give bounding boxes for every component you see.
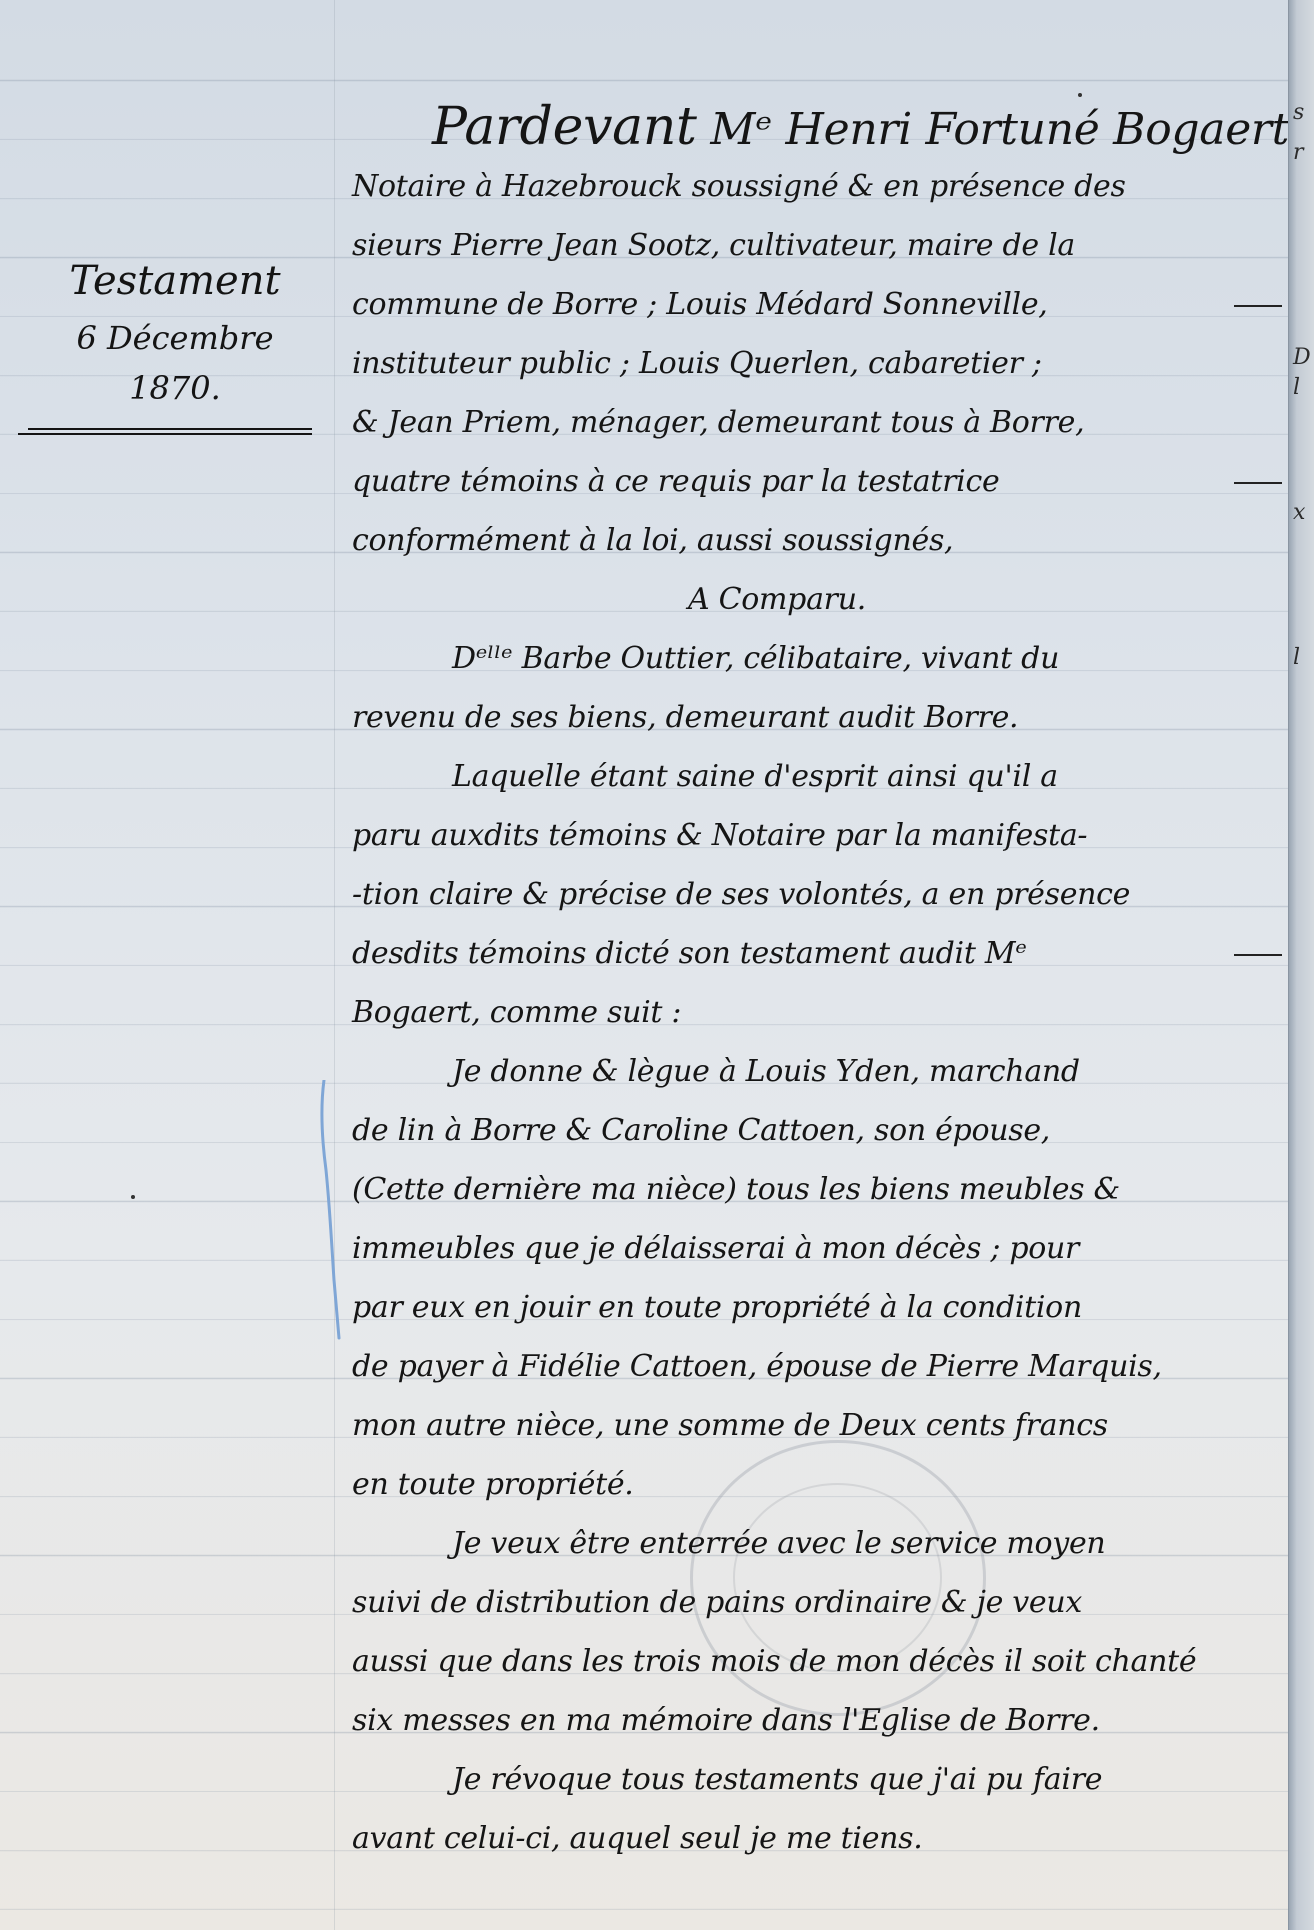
text-line: avant celui-ci, auquel seul je me tiens.	[352, 1809, 1282, 1868]
page-fragment: D	[1293, 345, 1311, 370]
testament-body: Pardevant Mᵉ Henri Fortuné Bogaert, Nota…	[352, 98, 1282, 1868]
heading-word: Pardevant	[432, 97, 697, 157]
text-line: mon autre nièce, une somme de Deux cents…	[352, 1396, 1282, 1455]
text-line: conformément à la loi, aussi soussignés,	[352, 511, 1282, 570]
text-line: sieurs Pierre Jean Sootz, cultivateur, m…	[352, 216, 1282, 275]
margin-note: Testament 6 Décembre 1870.	[30, 255, 320, 413]
text-line: de payer à Fidélie Cattoen, épouse de Pi…	[352, 1337, 1282, 1396]
text-line: Dᵉˡˡᵉ Barbe Outtier, célibataire, vivant…	[352, 629, 1282, 688]
margin-title: Testament	[30, 255, 320, 307]
manuscript-page: Testament 6 Décembre 1870. Pardevant Mᵉ …	[0, 0, 1288, 1930]
text-line: en toute propriété.	[352, 1455, 1282, 1514]
page-fragment: r	[1293, 140, 1304, 165]
heading-line: Pardevant Mᵉ Henri Fortuné Bogaert,	[352, 98, 1282, 157]
text-line: (Cette dernière ma nièce) tous les biens…	[352, 1160, 1282, 1219]
page-fragment: s	[1293, 100, 1304, 125]
text-line: instituteur public ; Louis Querlen, caba…	[352, 334, 1282, 393]
notary-name: Mᵉ Henri Fortuné Bogaert,	[710, 104, 1302, 155]
text-line: Je donne & lègue à Louis Yden, marchand	[352, 1042, 1282, 1101]
blue-pencil-bracket-icon	[318, 1080, 348, 1340]
text-line: desdits témoins dicté son testament audi…	[352, 924, 1282, 983]
text-line: suivi de distribution de pains ordinaire…	[352, 1573, 1282, 1632]
text-line: par eux en jouir en toute propriété à la…	[352, 1278, 1282, 1337]
text-line: commune de Borre ; Louis Médard Sonnevil…	[352, 275, 1282, 334]
text-line: paru auxdits témoins & Notaire par la ma…	[352, 806, 1282, 865]
text-line: de lin à Borre & Caroline Cattoen, son é…	[352, 1101, 1282, 1160]
page-fragment: x	[1293, 500, 1305, 525]
ink-speck	[131, 1195, 135, 1199]
text-line: Notaire à Hazebrouck soussigné & en prés…	[352, 157, 1282, 216]
section-title: A Comparu.	[352, 570, 1282, 629]
page-fragment: l	[1293, 375, 1300, 400]
text-line: six messes en ma mémoire dans l'Eglise d…	[352, 1691, 1282, 1750]
margin-rule	[334, 0, 335, 1930]
margin-date: 6 Décembre 1870.	[30, 313, 320, 413]
adjacent-page-edge: s r D l x l	[1288, 0, 1314, 1930]
text-line: quatre témoins à ce requis par la testat…	[352, 452, 1282, 511]
text-line: revenu de ses biens, demeurant audit Bor…	[352, 688, 1282, 747]
ink-speck	[1078, 93, 1082, 97]
page-fragment: l	[1293, 645, 1300, 670]
text-line: -tion claire & précise de ses volontés, …	[352, 865, 1282, 924]
text-line: Je veux être enterrée avec le service mo…	[352, 1514, 1282, 1573]
text-line: Laquelle étant saine d'esprit ainsi qu'i…	[352, 747, 1282, 806]
text-line: immeubles que je délaisserai à mon décès…	[352, 1219, 1282, 1278]
text-line: & Jean Priem, ménager, demeurant tous à …	[352, 393, 1282, 452]
text-line: Je révoque tous testaments que j'ai pu f…	[352, 1750, 1282, 1809]
text-line: aussi que dans les trois mois de mon déc…	[352, 1632, 1282, 1691]
double-underline	[18, 428, 312, 436]
text-line: Bogaert, comme suit :	[352, 983, 1282, 1042]
